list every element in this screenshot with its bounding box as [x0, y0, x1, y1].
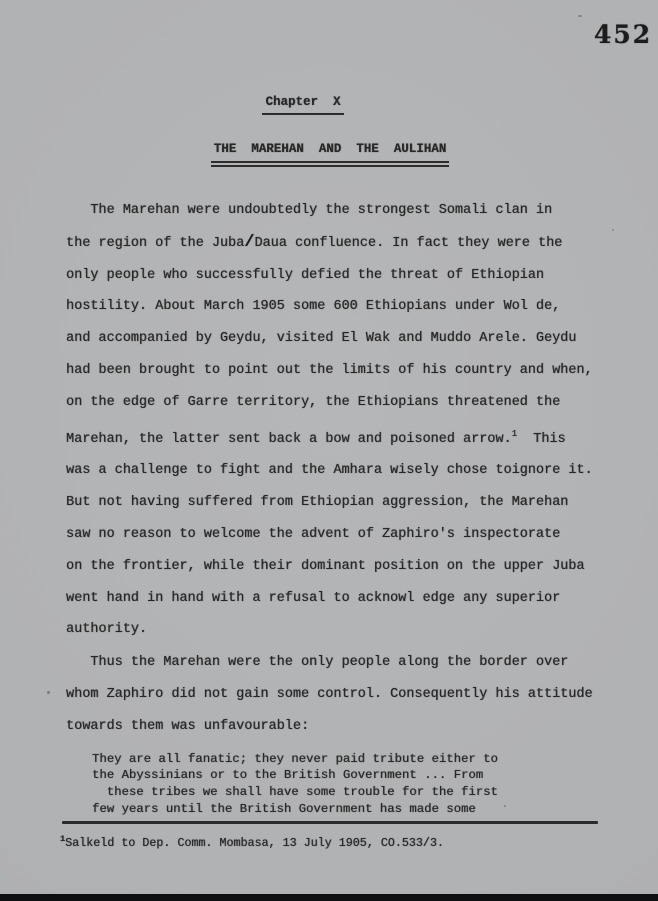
text-line: on the frontier, while their dominant po… — [66, 551, 594, 583]
text-line: had been brought to point out the limits… — [66, 355, 594, 387]
footnote-divider — [62, 821, 598, 824]
text-line: was a challenge to fight and the Amhara … — [66, 455, 594, 487]
text-line: whom Zaphiro did not gain some control. … — [66, 679, 594, 711]
scan-speck — [612, 229, 614, 231]
quote-line: They are all fanatic; they never paid tr… — [92, 751, 594, 768]
text-segment: the region of the Juba — [66, 236, 244, 251]
paragraph-2: Thus the Marehan were the only people al… — [66, 647, 594, 742]
text-segment: Marehan, the latter sent back a bow and … — [66, 432, 512, 447]
quote-line: few years until the British Government h… — [92, 801, 594, 818]
text-line: Marehan, the latter sent back a bow and … — [66, 419, 594, 456]
scanned-page: 452 Chapter X THE MAREHAN AND THE AULIHA… — [0, 0, 658, 901]
footnote-text: Salkeld to Dep. Comm. Mombasa, 13 July 1… — [65, 836, 444, 850]
scan-speck — [504, 805, 506, 807]
chapter-heading-wrap: Chapter X — [66, 92, 540, 115]
text-line: on the edge of Garre territory, the Ethi… — [66, 387, 594, 419]
text-line: hostility. About March 1905 some 600 Eth… — [66, 291, 594, 323]
text-segment: This — [517, 432, 566, 447]
text-segment: Daua confluence. In fact they were the — [254, 236, 562, 251]
title-wrap: THE MAREHAN AND THE AULIHAN — [66, 139, 594, 167]
text-line: saw no reason to welcome the advent of Z… — [66, 519, 594, 551]
quote-line: these tribes we shall have some trouble … — [92, 784, 594, 801]
text-line: authority. — [66, 614, 594, 646]
scan-speck — [47, 691, 50, 694]
footnote: 1Salkeld to Dep. Comm. Mombasa, 13 July … — [60, 834, 444, 850]
handwritten-slash: / — [244, 233, 254, 252]
chapter-heading: Chapter X — [262, 94, 343, 115]
text-line: But not having suffered from Ethiopian a… — [66, 487, 594, 519]
text-line: and accompanied by Geydu, visited El Wak… — [66, 323, 594, 355]
paragraph-1: The Marehan were undoubtedly the stronge… — [66, 195, 594, 646]
text-line: the region of the Juba/Daua confluence. … — [66, 227, 594, 260]
scan-edge-bar — [0, 894, 658, 901]
text-line: only people who successfully defied the … — [66, 260, 594, 292]
text-line: towards them was unfavourable: — [66, 711, 594, 743]
scan-speck — [578, 15, 582, 17]
text-line: The Marehan were undoubtedly the stronge… — [66, 195, 594, 227]
page-content: Chapter X THE MAREHAN AND THE AULIHAN Th… — [66, 86, 594, 818]
quote-line: the Abyssinians or to the British Govern… — [92, 767, 594, 784]
page-number: 452 — [594, 20, 652, 49]
text-line: went hand in hand with a refusal to ackn… — [66, 583, 594, 615]
page-title: THE MAREHAN AND THE AULIHAN — [211, 141, 450, 167]
text-line: Thus the Marehan were the only people al… — [66, 647, 594, 679]
quotation-block: They are all fanatic; they never paid tr… — [92, 751, 594, 818]
